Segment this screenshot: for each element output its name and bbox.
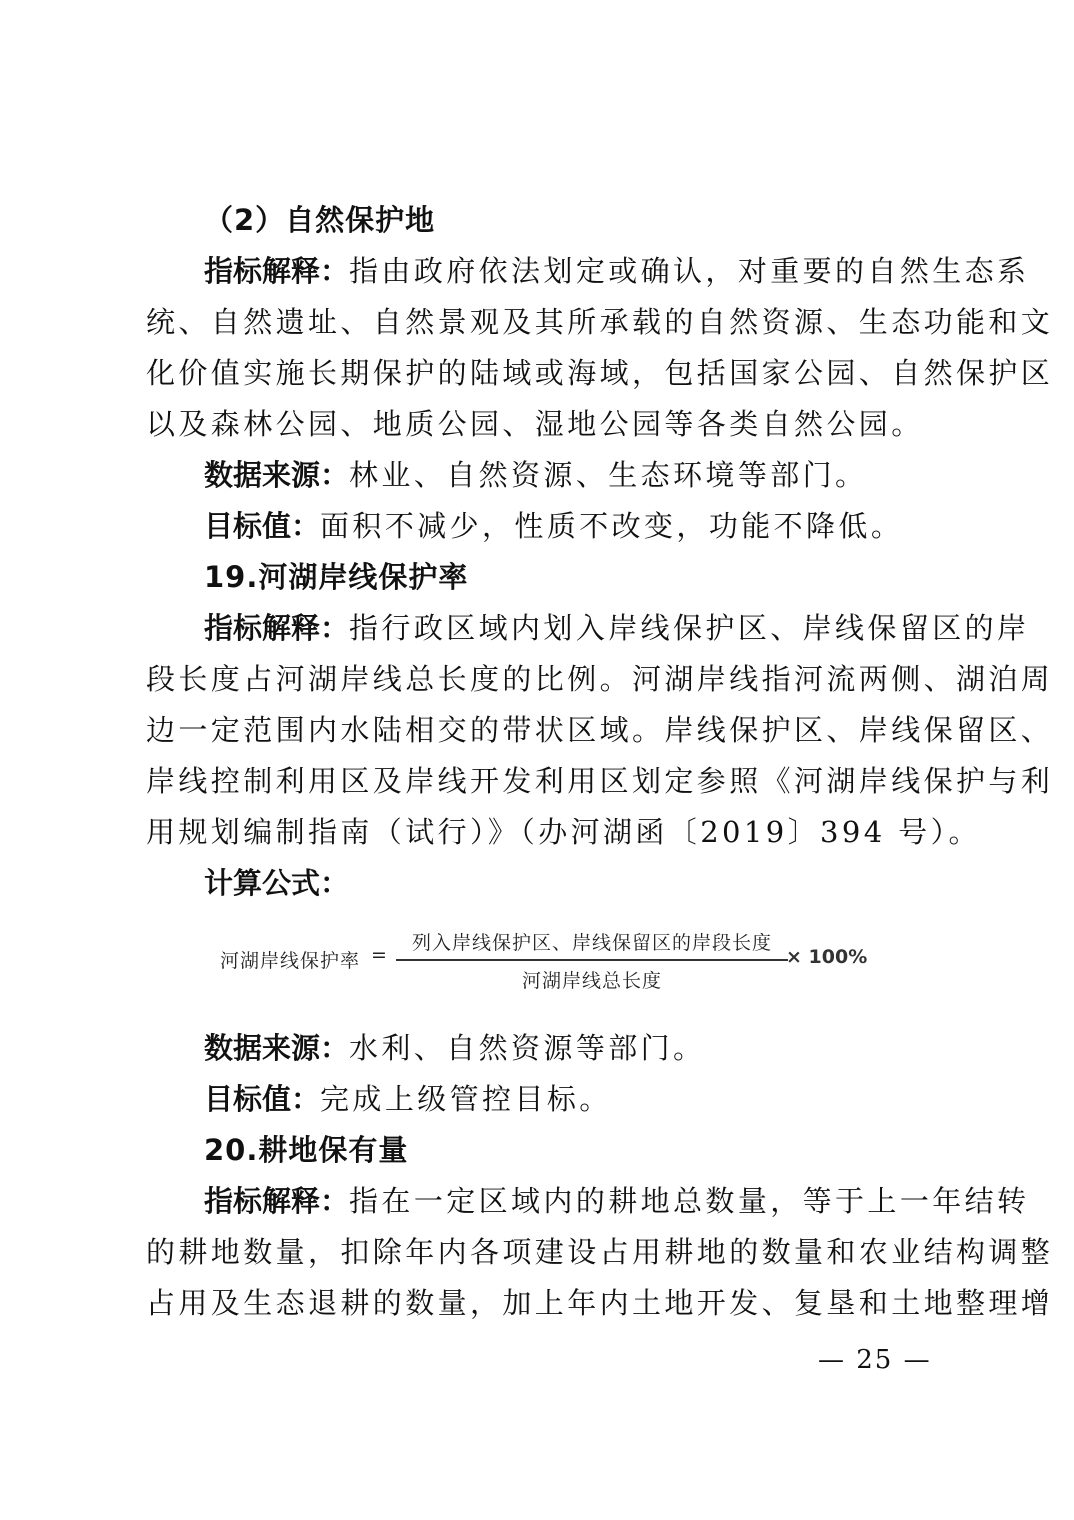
explanation-text: 占用及生态退耕的数量，加上年内土地开发、复垦和土地整理增: [146, 1283, 938, 1323]
section-title: （2）自然保护地: [204, 200, 938, 240]
data-source-paragraph: 数据来源：林业、自然资源、生态环境等部门。: [204, 455, 938, 495]
explanation-text: 岸线控制利用区及岸线开发利用区划定参照《河湖岸线保护与利: [146, 761, 938, 801]
explanation-text: 用规划编制指南（试行）》（办河湖函〔2019〕394 号）。: [146, 812, 938, 852]
explanation-text: 指行政区域内划入岸线保护区、岸线保留区的岸: [349, 611, 1029, 645]
explanation-label: 指标解释：: [204, 1184, 349, 1218]
item-20-title: 20.耕地保有量: [204, 1130, 938, 1170]
data-source-text: 水利、自然资源等部门。: [349, 1031, 705, 1065]
data-source-text: 林业、自然资源、生态环境等部门。: [349, 458, 867, 492]
data-source-label: 数据来源：: [204, 1031, 349, 1065]
target-value-label: 目标值：: [204, 1082, 320, 1116]
data-source-paragraph: 数据来源：水利、自然资源等部门。: [204, 1028, 938, 1068]
formula-block: 河湖岸线保护率 = 列入岸线保护区、岸线保留区的岸段长度 河湖岸线总长度 × 1…: [220, 928, 880, 994]
explanation-paragraph: 指标解释：指行政区域内划入岸线保护区、岸线保留区的岸: [204, 608, 938, 648]
formula-equals: =: [371, 944, 387, 966]
target-value-label: 目标值：: [204, 509, 320, 543]
target-value-text: 完成上级管控目标。: [320, 1082, 612, 1116]
explanation-paragraph: 指标解释：指在一定区域内的耕地总数量，等于上一年结转: [204, 1181, 938, 1221]
explanation-text: 边一定范围内水陆相交的带状区域。岸线保护区、岸线保留区、: [146, 710, 938, 750]
formula-lhs: 河湖岸线保护率: [220, 946, 360, 973]
item-19-title: 19.河湖岸线保护率: [204, 557, 938, 597]
page-number: — 25 —: [818, 1345, 932, 1375]
explanation-text: 统、自然遗址、自然景观及其所承载的自然资源、生态功能和文: [146, 302, 938, 342]
explanation-text: 化价值实施长期保护的陆域或海域，包括国家公园、自然保护区: [146, 353, 938, 393]
target-value-paragraph: 目标值：完成上级管控目标。: [204, 1079, 938, 1119]
explanation-text: 的耕地数量，扣除年内各项建设占用耕地的数量和农业结构调整: [146, 1232, 938, 1272]
data-source-label: 数据来源：: [204, 458, 349, 492]
explanation-text: 指在一定区域内的耕地总数量，等于上一年结转: [349, 1184, 1029, 1218]
formula-denominator: 河湖岸线总长度: [396, 966, 788, 993]
formula-fraction: 列入岸线保护区、岸线保留区的岸段长度 河湖岸线总长度: [396, 928, 788, 994]
explanation-label: 指标解释：: [204, 611, 349, 645]
explanation-label: 指标解释：: [204, 254, 349, 288]
formula-numerator: 列入岸线保护区、岸线保留区的岸段长度: [396, 928, 788, 955]
explanation-text: 以及森林公园、地质公园、湿地公园等各类自然公园。: [146, 404, 938, 444]
explanation-text: 指由政府依法划定或确认，对重要的自然生态系: [349, 254, 1029, 288]
fraction-bar: [396, 959, 788, 961]
formula-label: 计算公式：: [204, 863, 938, 903]
explanation-text: 段长度占河湖岸线总长度的比例。河湖岸线指河流两侧、湖泊周: [146, 659, 938, 699]
target-value-paragraph: 目标值：面积不减少，性质不改变，功能不降低。: [204, 506, 938, 546]
formula-multiplier: × 100%: [786, 946, 867, 968]
target-value-text: 面积不减少，性质不改变，功能不降低。: [320, 509, 903, 543]
explanation-paragraph: 指标解释：指由政府依法划定或确认，对重要的自然生态系: [204, 251, 938, 291]
